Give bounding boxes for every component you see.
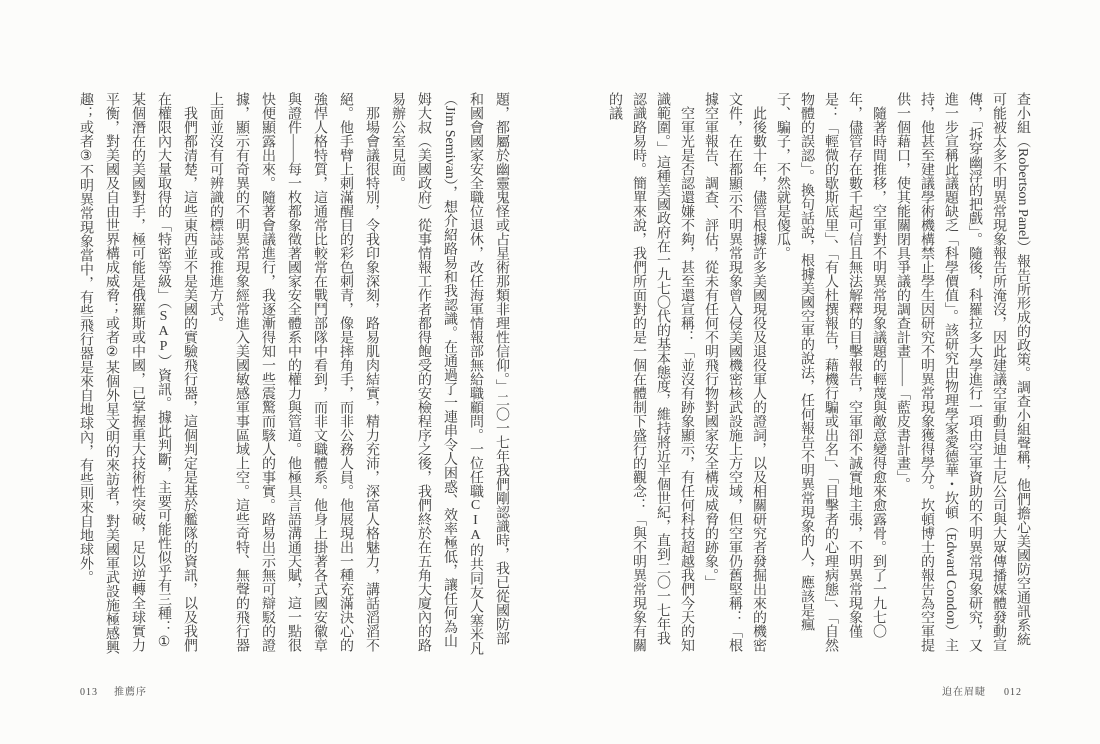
folio-left: 013 推薦序 xyxy=(80,683,147,698)
upright-text-segment: ③ xyxy=(78,148,93,164)
section-title: 推薦序 xyxy=(114,683,147,698)
text-segment: ）資訊。據此判斷，主要可能性似乎有三種： xyxy=(156,354,171,634)
text-segment: 此後數十年，儘管根據許多美國現役及退役軍人的證詞，以及相關研究者發掘出來的機密文… xyxy=(703,92,766,652)
folio-right: 迫在眉睫 012 xyxy=(942,683,1022,698)
paragraph: 空軍光是否認還嫌不夠，甚至還宣稱：「並沒有跡象顯示，有任何科技超越我們今天的知識… xyxy=(602,92,698,656)
upright-text-segment: ① xyxy=(156,634,171,650)
text-segment: 空軍光是否認還嫌不夠，甚至還宣稱：「並沒有跡象顯示，有任何科技超越我們今天的知識… xyxy=(607,92,694,652)
page-left-text: 題，都屬於幽靈鬼怪或占星術那類非理性信仰。」二〇一七年我們剛認識時，我已從國防部… xyxy=(72,92,514,656)
upright-text-segment: ② xyxy=(104,344,119,360)
paragraph: 此後數十年，儘管根據許多美國現役及退役軍人的證詞，以及相關研究者發掘出來的機密文… xyxy=(698,92,770,656)
upright-text-segment: CIA xyxy=(468,498,483,543)
page-left: 題，都屬於幽靈鬼怪或占星術那類非理性信仰。」二〇一七年我們剛認識時，我已從國防部… xyxy=(0,0,550,744)
book-spread: 查小組（Robertson Panel）報告所形成的政策。調查小組聲稱，他們擔心… xyxy=(0,0,1100,744)
page-right: 查小組（Robertson Panel）報告所形成的政策。調查小組聲稱，他們擔心… xyxy=(550,0,1100,744)
upright-text-segment: SAP xyxy=(156,309,171,354)
text-segment: 那場會議很特別，令我印象深刻，路易肌肉結實，精力充沛，深富人格魅力，講話滔滔不絕… xyxy=(208,92,379,652)
page-right-text: 查小組（Robertson Panel）報告所形成的政策。調查小組聲稱，他們擔心… xyxy=(602,92,1034,656)
text-segment: 隨著時間推移，空軍對不明異常現象議題的輕蔑與敵意變得愈來愈露骨。到了一九七〇年，… xyxy=(775,92,886,652)
paragraph: 我們都清楚，這些東西並不是美國的實驗飛行器，這個判定是基於艦隊的資訊，以及我們在… xyxy=(72,92,202,656)
page-number-right: 012 xyxy=(1004,687,1022,698)
book-title: 迫在眉睫 xyxy=(942,683,986,698)
text-segment: 不明異常現象當中，有些飛行器是來自地球內，有些則來自地球外。 xyxy=(78,164,93,584)
paragraph: 查小組（Robertson Panel）報告所形成的政策。調查小組聲稱，他們擔心… xyxy=(890,92,1034,656)
paragraph: 隨著時間推移，空軍對不明異常現象議題的輕蔑與敵意變得愈來愈露骨。到了一九七〇年，… xyxy=(770,92,890,656)
paragraph: 題，都屬於幽靈鬼怪或占星術那類非理性信仰。」二〇一七年我們剛認識時，我已從國防部… xyxy=(384,92,514,656)
text-segment: 查小組（Robertson Panel）報告所形成的政策。調查小組聲稱，他們擔心… xyxy=(895,92,1030,652)
page-number-left: 013 xyxy=(80,687,98,698)
paragraph: 那場會議很特別，令我印象深刻，路易肌肉結實，精力充沛，深富人格魅力，講話滔滔不絕… xyxy=(202,92,384,656)
